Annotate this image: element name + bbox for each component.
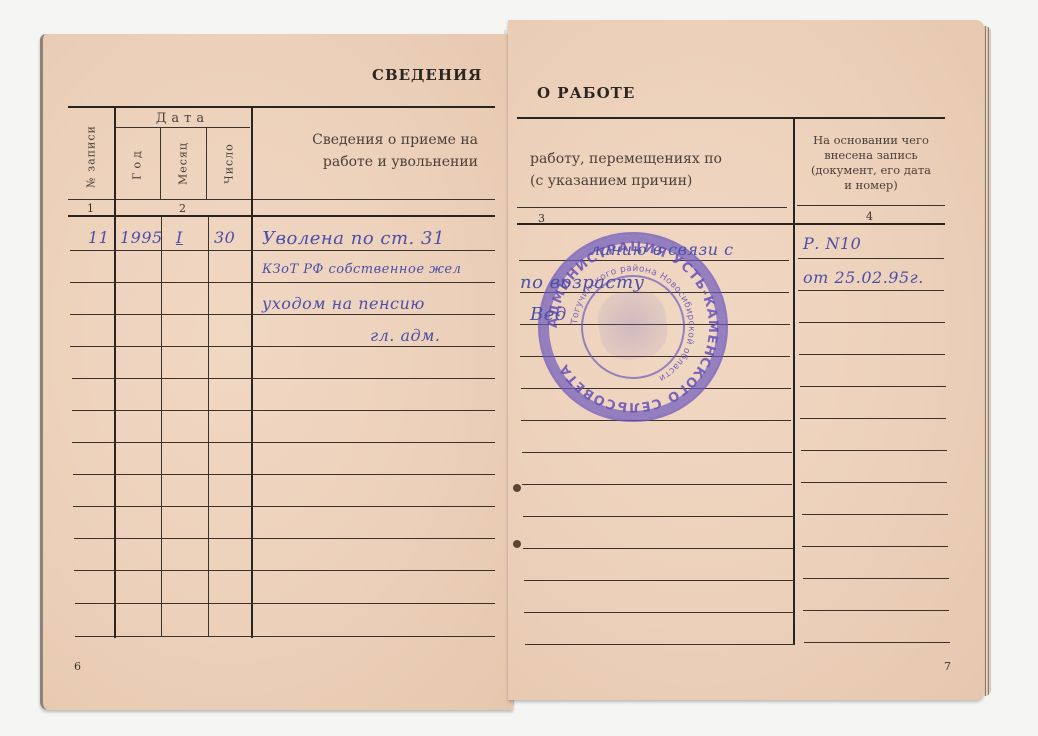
entry-day: 30	[214, 228, 235, 247]
left-table-top-rule	[68, 106, 495, 108]
left-page-heading: СВЕДЕНИЯ	[372, 66, 482, 84]
colnum-2: 2	[179, 202, 186, 215]
header-date: Дата	[115, 109, 250, 128]
header-info-part2: работу, перемещениях по (с указанием при…	[530, 148, 780, 192]
col-divider-5	[793, 119, 795, 644]
header-info-part2-line2: (с указанием причин)	[530, 170, 780, 192]
header-basis-line3: (документ, его дата	[797, 163, 945, 178]
left-colnum-bottom-rule	[68, 215, 495, 217]
entry-text-left-line4: гл. адм.	[370, 326, 440, 345]
header-info-part2-line1: работу, перемещениях по	[530, 148, 780, 170]
header-record-no: № записи	[85, 122, 98, 192]
col-divider-3	[208, 217, 209, 637]
col-divider-2	[161, 217, 162, 637]
header-month: Месяц	[177, 139, 190, 189]
col-divider-2-header	[160, 128, 161, 200]
entry-month: I	[176, 228, 183, 247]
colnum-1: 1	[87, 202, 94, 215]
entry-signature: Вед	[530, 304, 567, 325]
col-divider-4	[251, 108, 253, 638]
page-stack-edge	[984, 26, 991, 696]
header-basis-line2: внесена запись	[797, 148, 945, 163]
right-header-bottom-rule-4	[797, 205, 945, 206]
col-divider-1	[114, 108, 116, 638]
left-header-bottom-rule	[68, 199, 495, 200]
entry-basis-line2: от 25.02.95г.	[803, 268, 924, 287]
right-colnum-bottom-rule	[517, 223, 945, 225]
header-basis-line1: На основании чего	[797, 133, 945, 148]
header-basis: На основании чего внесена запись (докуме…	[797, 133, 945, 193]
header-basis-line4: и номер)	[797, 178, 945, 193]
entry-basis-line1: Р. N10	[803, 234, 861, 253]
header-year: Год	[131, 139, 144, 189]
col-divider-3-header	[206, 128, 207, 200]
right-table-top-rule	[517, 117, 945, 119]
entry-text-left-line1: Уволена по ст. 31	[262, 228, 445, 249]
staple-bottom	[513, 540, 521, 548]
entry-record-no: 11	[88, 228, 109, 247]
colnum-3: 3	[538, 212, 545, 225]
right-page-heading: О РАБОТЕ	[537, 84, 635, 102]
page-number-left: 6	[74, 660, 81, 673]
entry-text-left-line3: уходом на пенсию	[262, 294, 425, 313]
header-info-part1: Сведения о приеме на работе и увольнении	[278, 129, 478, 173]
entry-year: 1995	[120, 228, 163, 247]
page-number-right: 7	[944, 660, 951, 673]
staple-top	[513, 484, 521, 492]
entry-text-left-line2: КЗоТ РФ собственное жел	[262, 262, 461, 277]
entry-text-right-line2: по возрасту	[520, 272, 645, 293]
colnum-4: 4	[866, 210, 873, 223]
entry-text-right-line1: ланию в связи с	[590, 240, 734, 259]
header-day: Число	[223, 139, 236, 189]
right-header-bottom-rule-3	[517, 207, 787, 208]
